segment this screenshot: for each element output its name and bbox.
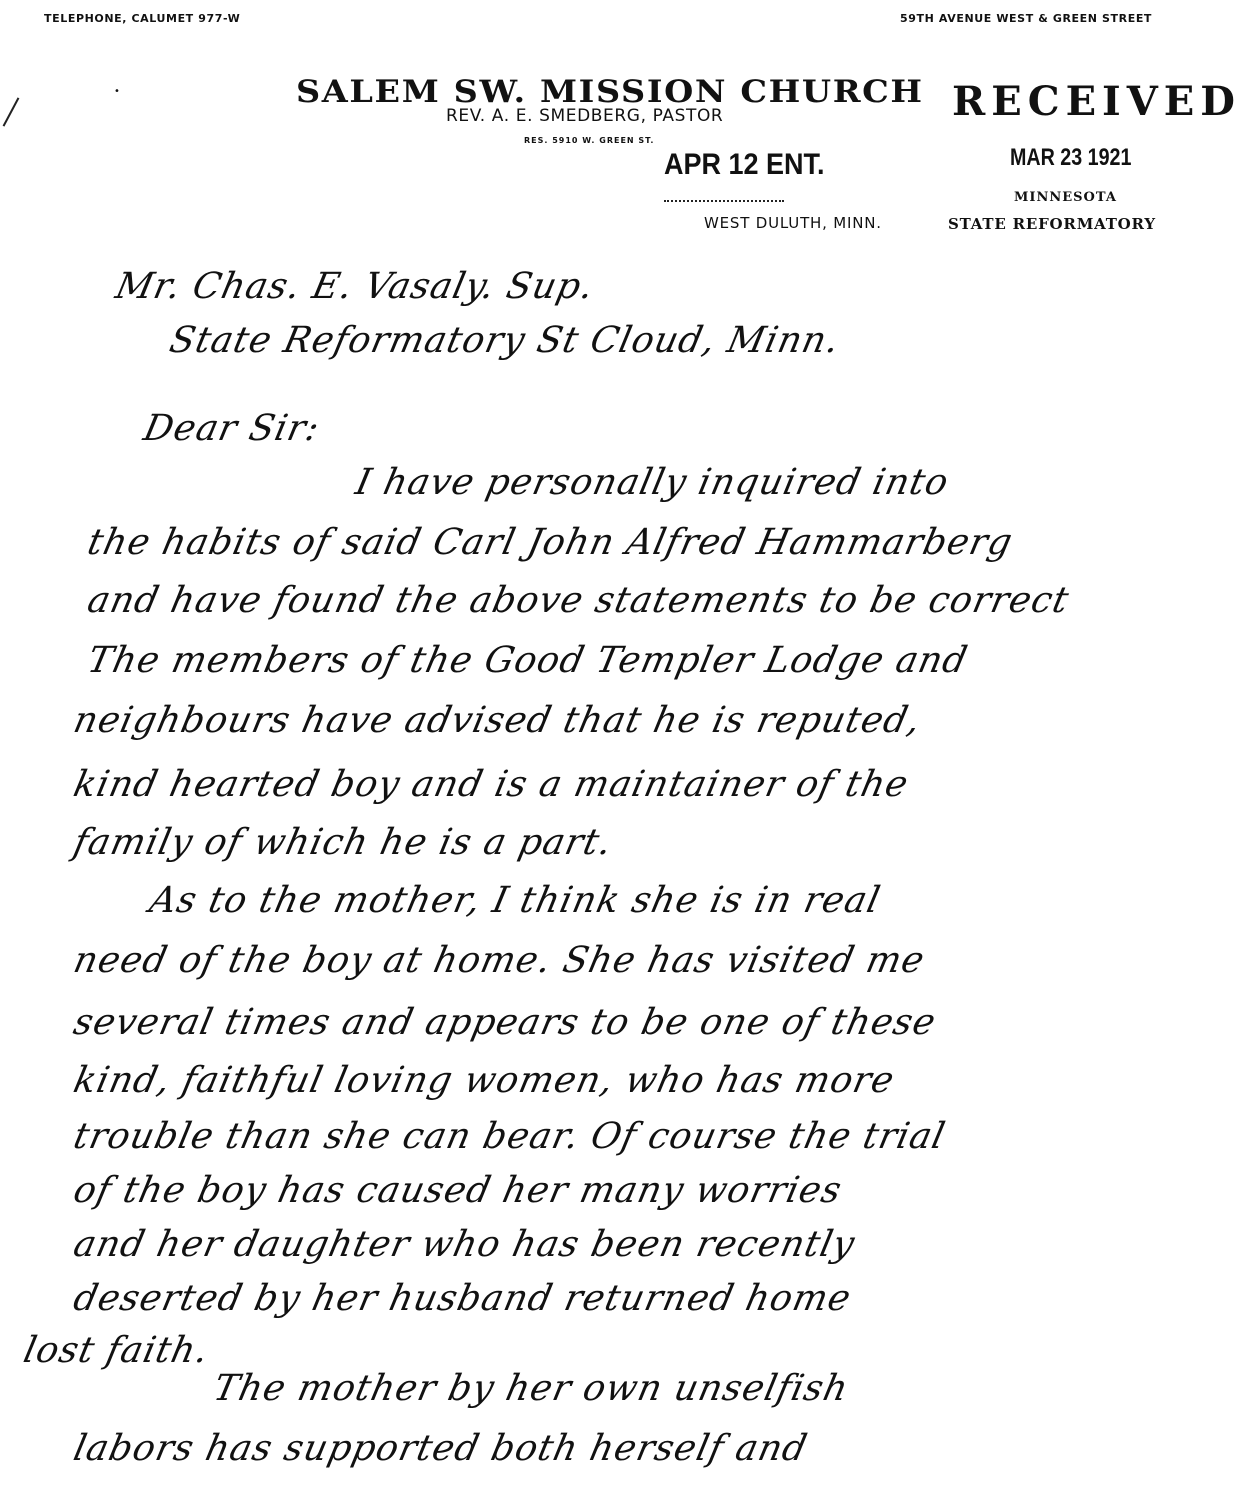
- body-line: of the boy has caused her many worries: [70, 1170, 846, 1211]
- recipient-line-1: Mr. Chas. E. Vasaly. Sup.: [112, 266, 598, 307]
- ink-blot-mark: •: [114, 86, 120, 97]
- body-line: neighbours have advised that he is reput…: [70, 700, 925, 741]
- body-line: As to the mother, I think she is in real: [146, 880, 884, 921]
- received-stamp-date: MAR 23 1921: [1010, 144, 1131, 172]
- body-line: kind hearted boy and is a maintainer of …: [70, 764, 912, 805]
- body-line: need of the boy at home. She has visited…: [70, 940, 929, 981]
- recipient-line-2: State Reformatory St Cloud, Minn.: [166, 320, 843, 361]
- entered-stamp: APR 12 ENT.: [664, 148, 825, 182]
- letterhead-city: WEST DULUTH, MINN.: [704, 214, 882, 232]
- stamp-divider: [664, 200, 784, 204]
- body-line: trouble than she can bear. Of course the…: [70, 1116, 949, 1157]
- body-line: several times and appears to be one of t…: [70, 1002, 940, 1043]
- letterhead-address: 59TH AVENUE WEST & GREEN STREET: [900, 12, 1152, 25]
- body-line: and her daughter who has been recently: [70, 1224, 859, 1265]
- salutation: Dear Sir:: [140, 408, 324, 449]
- letterhead-telephone: TELEPHONE, CALUMET 977-W: [44, 12, 240, 25]
- body-line: labors has supported both herself and: [70, 1428, 811, 1469]
- margin-pen-mark: [3, 97, 20, 126]
- body-line: lost faith.: [20, 1330, 213, 1371]
- body-line: the habits of said Carl John Alfred Hamm…: [84, 522, 1016, 563]
- body-line: The members of the Good Templer Lodge an…: [84, 640, 971, 681]
- body-line: I have personally inquired into: [352, 462, 953, 503]
- body-line: kind, faithful loving women, who has mor…: [70, 1060, 898, 1101]
- received-stamp-label: RECEIVED: [952, 78, 1241, 125]
- letterhead-pastor: REV. A. E. SMEDBERG, PASTOR: [446, 106, 723, 126]
- body-line: The mother by her own unselfish: [210, 1368, 852, 1409]
- body-line: family of which he is a part.: [70, 822, 616, 863]
- letterhead-residence: RES. 5910 W. GREEN ST.: [524, 136, 654, 145]
- body-line: and have found the above statements to b…: [84, 580, 1073, 621]
- letterhead-church-name: SALEM SW. MISSION CHURCH: [296, 74, 924, 110]
- received-stamp-line1: MINNESOTA: [1014, 190, 1117, 205]
- received-stamp-line2: STATE REFORMATORY: [948, 215, 1156, 233]
- body-line: deserted by her husband returned home: [70, 1278, 855, 1319]
